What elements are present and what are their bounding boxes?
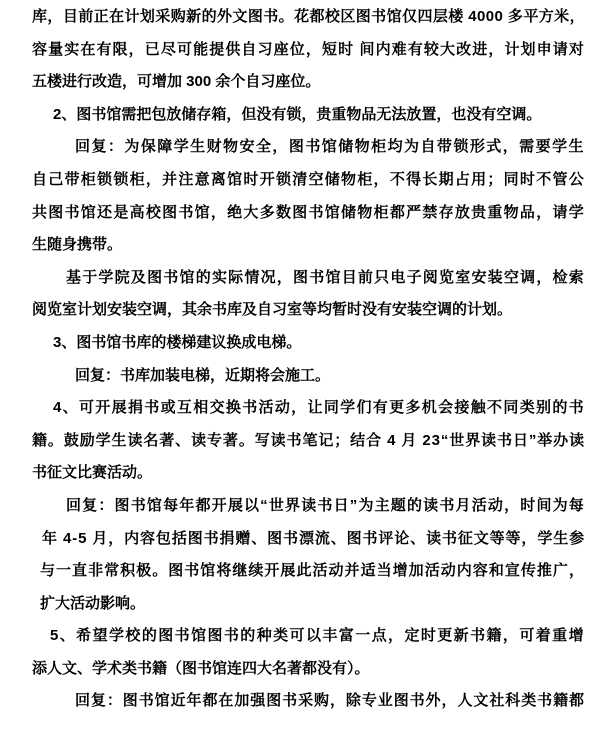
text-line: 回复：书库加装电梯，近期将会施工。 bbox=[32, 360, 585, 393]
text-line-content: 容量实在有限，已尽可能提供自习座位，短时 间内难有较大改进，计划申请对 bbox=[32, 34, 585, 67]
text-line-content: 添人文、学术类书籍（图书馆连四大名著都没有）。 bbox=[32, 653, 370, 686]
text-line-content: 共图书馆还是高校图书馆，绝大多数图书馆储物柜都严禁存放贵重物品，请学 bbox=[32, 197, 585, 230]
text-line-content: 4、可开展捐书或互相交换书活动，让同学们有更多机会接触不同类别的书 bbox=[53, 392, 585, 425]
text-line: 容量实在有限，已尽可能提供自习座位，短时 间内难有较大改进，计划申请对 bbox=[32, 34, 585, 67]
text-line-content: 回复：图书馆近年都在加强图书采购，除专业图书外，人文社科类书籍都 bbox=[75, 685, 585, 718]
text-line: 自己带柜锁锁柜，并注意离馆时开锁清空储物柜，不得长期占用；同时不管公 bbox=[32, 164, 585, 197]
text-line: 阅览室计划安装空调，其余书库及自习室等均暂时没有安装空调的计划。 bbox=[32, 294, 585, 327]
text-line: 扩大活动影响。 bbox=[32, 588, 585, 621]
text-line: 生随身携带。 bbox=[32, 229, 585, 262]
text-line-content: 5、希望学校的图书馆图书的种类可以丰富一点，定时更新书籍，可着重增 bbox=[50, 620, 585, 653]
text-line: 籍。鼓励学生读名著、读专著。写读书笔记；结合 4 月 23“世界读书日”举办读 bbox=[32, 425, 585, 458]
text-line-content: 回复：书库加装电梯，近期将会施工。 bbox=[75, 360, 330, 393]
text-line: 年 4-5 月，内容包括图书捐赠、图书漂流、图书评论、读书征文等等，学生参 bbox=[32, 523, 585, 556]
text-line-content: 阅览室计划安装空调，其余书库及自习室等均暂时没有安装空调的计划。 bbox=[32, 294, 512, 327]
document-page: 库，目前正在计划采购新的外文图书。花都校区图书馆仅四层楼 4000 多平方米，容… bbox=[0, 0, 593, 733]
text-line: 回复：图书馆近年都在加强图书采购，除专业图书外，人文社科类书籍都 bbox=[32, 685, 585, 718]
document-body: 库，目前正在计划采购新的外文图书。花都校区图书馆仅四层楼 4000 多平方米，容… bbox=[0, 0, 593, 718]
text-line: 5、希望学校的图书馆图书的种类可以丰富一点，定时更新书籍，可着重增 bbox=[32, 620, 585, 653]
text-line: 2、图书馆需把包放储存箱，但没有锁，贵重物品无法放置，也没有空调。 bbox=[32, 99, 585, 132]
text-line: 库，目前正在计划采购新的外文图书。花都校区图书馆仅四层楼 4000 多平方米， bbox=[32, 1, 585, 34]
text-line-content: 回复：为保障学生财物安全，图书馆储物柜均为自带锁形式，需要学生 bbox=[75, 131, 585, 164]
text-line-content: 回复：图书馆每年都开展以“世界读书日”为主题的读书月活动，时间为每 bbox=[66, 490, 585, 523]
text-line-content: 与一直非常积极。图书馆将继续开展此活动并适当增加活动内容和宣传推广， bbox=[40, 555, 585, 588]
text-line: 基于学院及图书馆的实际情况，图书馆目前只电子阅览室安装空调，检索 bbox=[32, 262, 585, 295]
text-line: 五楼进行改造，可增加 300 余个自习座位。 bbox=[32, 66, 585, 99]
text-line-content: 自己带柜锁锁柜，并注意离馆时开锁清空储物柜，不得长期占用；同时不管公 bbox=[32, 164, 585, 197]
text-line-content: 生随身携带。 bbox=[32, 229, 122, 262]
text-line-content: 扩大活动影响。 bbox=[40, 588, 145, 621]
text-line-content: 年 4-5 月，内容包括图书捐赠、图书漂流、图书评论、读书征文等等，学生参 bbox=[42, 523, 585, 556]
text-line-content: 书征文比赛活动。 bbox=[32, 457, 152, 490]
text-line-content: 3、图书馆书库的楼梯建议换成电梯。 bbox=[53, 327, 301, 360]
text-line-content: 库，目前正在计划采购新的外文图书。花都校区图书馆仅四层楼 4000 多平方米， bbox=[32, 1, 585, 34]
text-line: 添人文、学术类书籍（图书馆连四大名著都没有）。 bbox=[32, 653, 585, 686]
text-line: 3、图书馆书库的楼梯建议换成电梯。 bbox=[32, 327, 585, 360]
text-line: 书征文比赛活动。 bbox=[32, 457, 585, 490]
text-line-content: 基于学院及图书馆的实际情况，图书馆目前只电子阅览室安装空调，检索 bbox=[66, 262, 585, 295]
text-line-content: 籍。鼓励学生读名著、读专著。写读书笔记；结合 4 月 23“世界读书日”举办读 bbox=[32, 425, 585, 458]
text-line: 与一直非常积极。图书馆将继续开展此活动并适当增加活动内容和宣传推广， bbox=[32, 555, 585, 588]
text-line: 共图书馆还是高校图书馆，绝大多数图书馆储物柜都严禁存放贵重物品，请学 bbox=[32, 197, 585, 230]
text-line-content: 五楼进行改造，可增加 300 余个自习座位。 bbox=[32, 66, 320, 99]
text-line: 回复：图书馆每年都开展以“世界读书日”为主题的读书月活动，时间为每 bbox=[32, 490, 585, 523]
text-line: 回复：为保障学生财物安全，图书馆储物柜均为自带锁形式，需要学生 bbox=[32, 131, 585, 164]
text-line: 4、可开展捐书或互相交换书活动，让同学们有更多机会接触不同类别的书 bbox=[32, 392, 585, 425]
text-line-content: 2、图书馆需把包放储存箱，但没有锁，贵重物品无法放置，也没有空调。 bbox=[53, 99, 541, 132]
